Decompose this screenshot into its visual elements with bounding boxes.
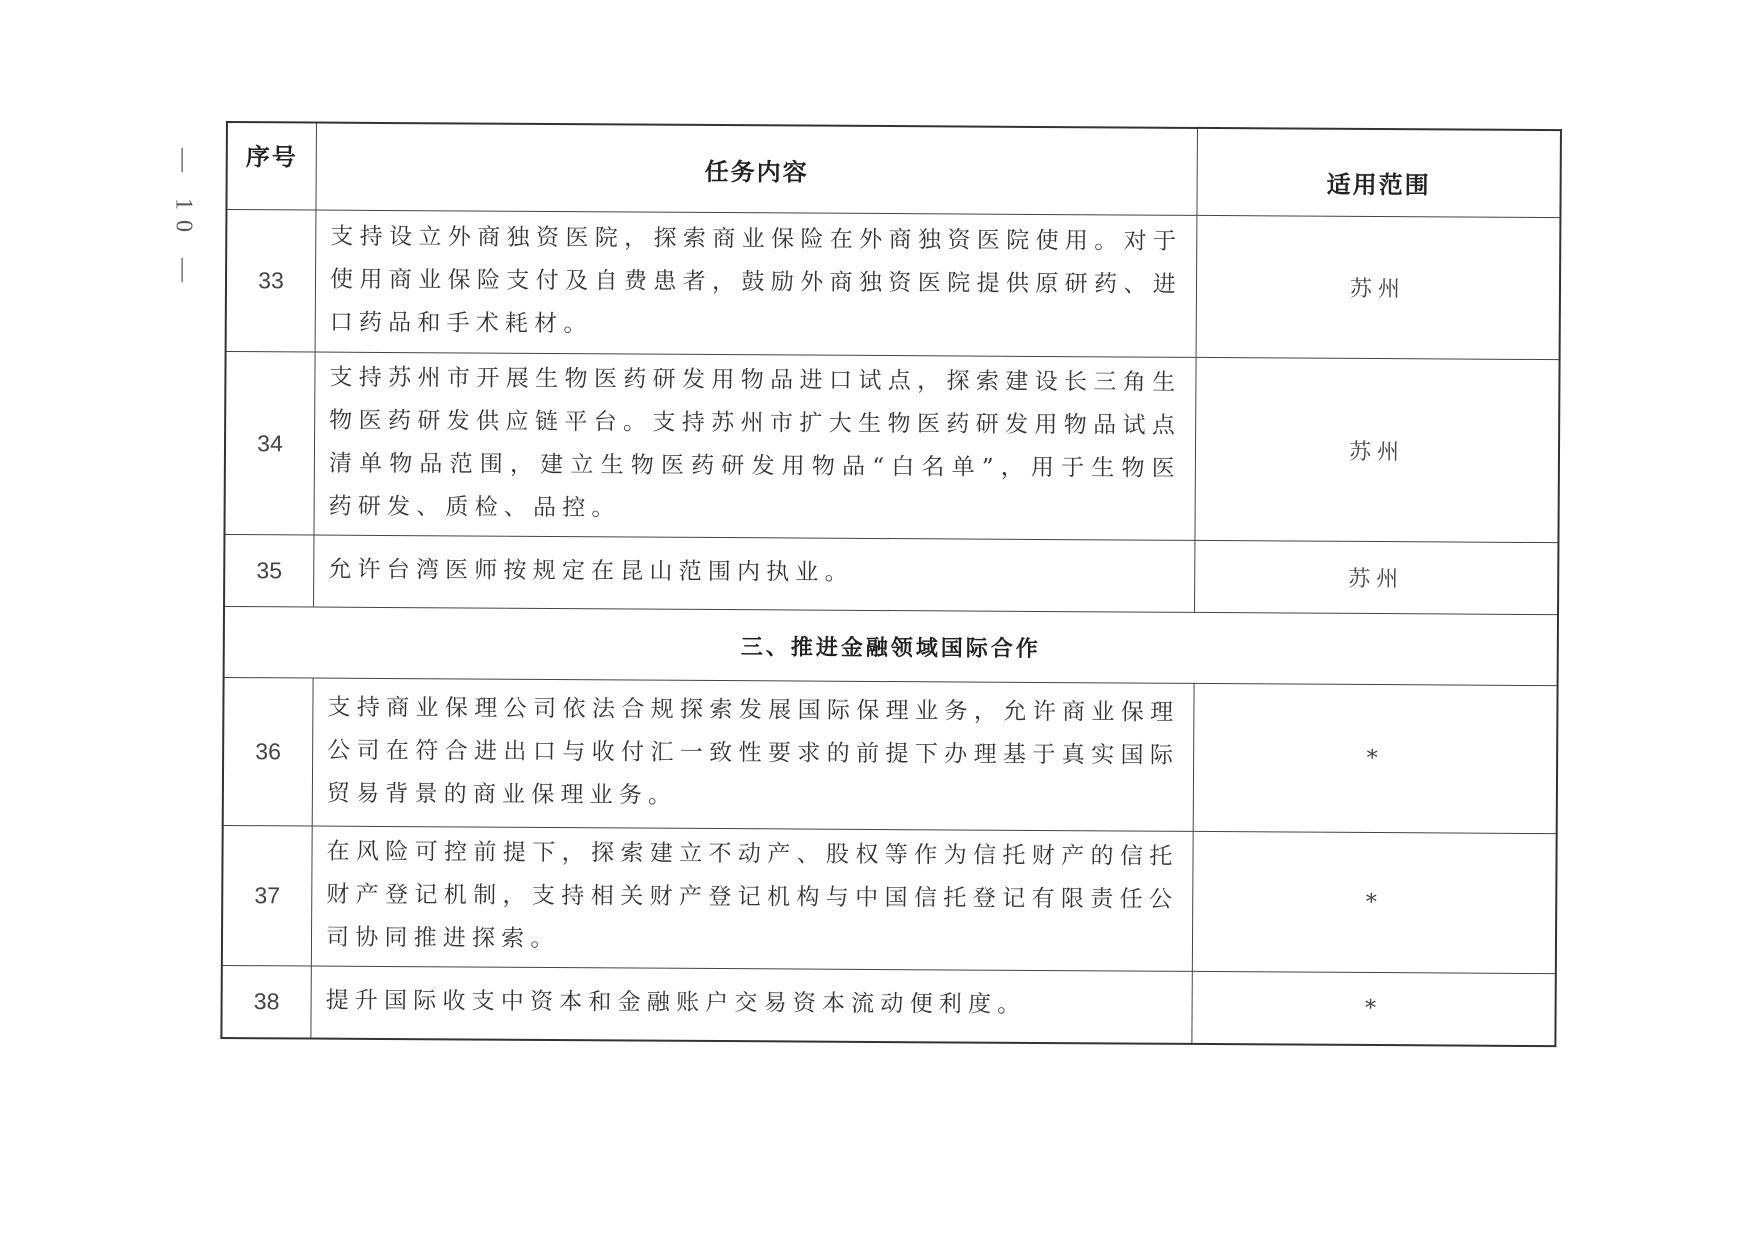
- row-content: 提升国际收支中资本和金融账户交易资本流动便利度。: [311, 966, 1192, 1043]
- table-header-row: 序号 任务内容 适用范围: [226, 122, 1561, 218]
- table-row: 36 支持商业保理公司依法合规探索发展国际保理业务，允许商业保理公司在符合进出口…: [223, 677, 1558, 833]
- row-content: 支持商业保理公司依法合规探索发展国际保理业务，允许商业保理公司在符合进出口与收付…: [312, 678, 1194, 831]
- table-row: 33 支持设立外商独资医院，探索商业保险在外商独资医院使用。对于使用商业保险支付…: [226, 210, 1561, 360]
- header-scope: 适用范围: [1197, 128, 1561, 218]
- row-seq: 35: [224, 534, 314, 607]
- section-heading: 三、推进金融领域国际合作: [224, 606, 1558, 685]
- row-content: 支持苏州市开展生物医药研发用物品进口试点，探索建设长三角生物医药研发供应链平台。…: [314, 352, 1196, 540]
- header-seq: 序号: [226, 122, 316, 210]
- row-seq: 37: [222, 825, 312, 966]
- row-seq: 38: [221, 965, 311, 1038]
- task-table: 序号 任务内容 适用范围 33 支持设立外商独资医院，探索商业保险在外商独资医院…: [220, 121, 1562, 1047]
- row-content: 支持设立外商独资医院，探索商业保险在外商独资医院使用。对于使用商业保险支付及自费…: [315, 210, 1197, 357]
- row-scope: *: [1192, 971, 1556, 1045]
- row-scope: 苏州: [1195, 357, 1560, 542]
- table-row: 37 在风险可控前提下，探索建立不动产、股权等作为信托财产的信托财产登记机制，支…: [222, 825, 1557, 973]
- section-heading-row: 三、推进金融领域国际合作: [224, 606, 1558, 685]
- row-seq: 34: [224, 352, 315, 536]
- table-row: 38 提升国际收支中资本和金融账户交易资本流动便利度。 *: [221, 965, 1555, 1045]
- table-row: 34 支持苏州市开展生物医药研发用物品进口试点，探索建设长三角生物医药研发供应链…: [224, 352, 1559, 543]
- row-content: 在风险可控前提下，探索建立不动产、股权等作为信托财产的信托财产登记机制，支持相关…: [311, 826, 1193, 971]
- row-scope: 苏州: [1196, 215, 1560, 359]
- row-scope: *: [1193, 683, 1557, 833]
- row-scope: *: [1192, 831, 1556, 973]
- header-content: 任务内容: [316, 123, 1198, 216]
- row-seq: 33: [226, 210, 316, 353]
- page-number: — 10 —: [170, 148, 197, 292]
- table-row: 35 允许台湾医师按规定在昆山范围内执业。 苏州: [224, 534, 1558, 614]
- row-seq: 36: [223, 677, 313, 826]
- row-scope: 苏州: [1195, 540, 1559, 614]
- row-content: 允许台湾医师按规定在昆山范围内执业。: [314, 535, 1195, 612]
